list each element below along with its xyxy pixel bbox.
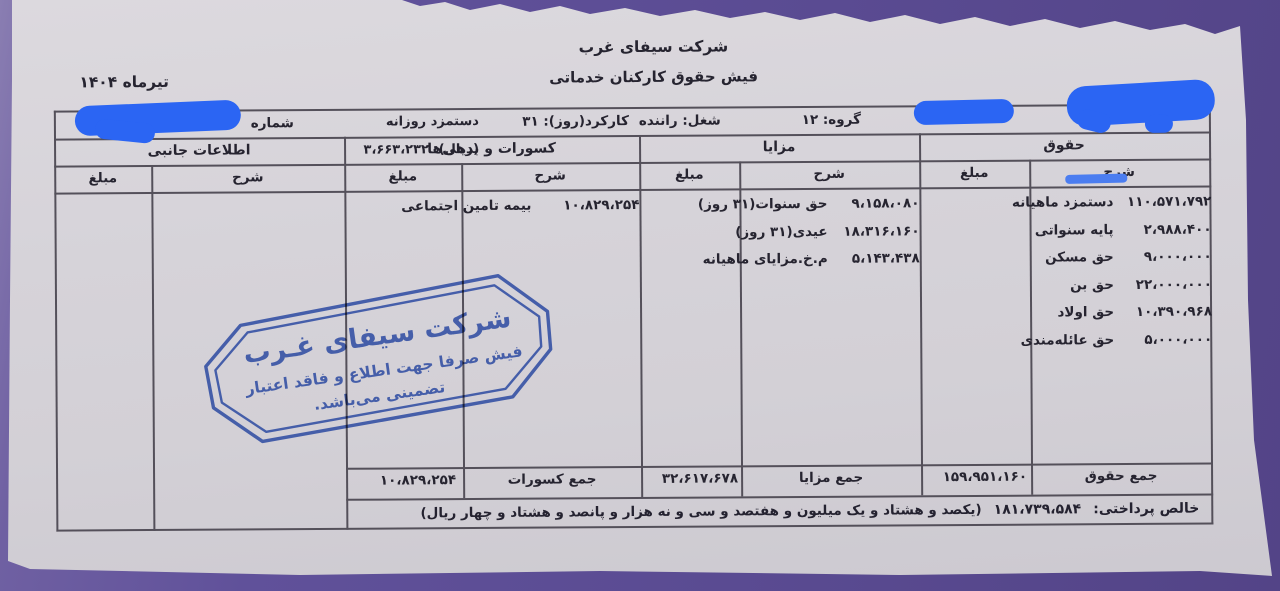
- total-benefits-amount: ۳۲،۶۱۷،۶۷۸: [641, 470, 738, 487]
- net-pay-label: خالص پرداختی:: [1093, 501, 1199, 518]
- col-header-amount-deductions: مبلغ: [344, 168, 461, 185]
- row-amount: ۹،۰۰۰،۰۰۰: [1114, 244, 1212, 272]
- col-header-amount-salary: مبلغ: [919, 165, 1029, 182]
- total-salary-amount: ۱۵۹،۹۵۱،۱۶۰: [921, 469, 1027, 486]
- row-amount: ۱۱۰،۵۷۱،۷۹۲: [1113, 189, 1211, 217]
- row-label: حق مسکن: [938, 244, 1114, 273]
- table-row: ۵،۰۰۰،۰۰۰حق عائله‌مندی: [920, 326, 1212, 355]
- col-header-amount-side-info: مبلغ: [54, 170, 151, 187]
- net-pay-row: خالص پرداختی: ۱۸۱،۷۳۹،۵۸۴ (یکصد و هشتاد …: [346, 495, 1211, 528]
- col-header-desc-deductions: شرح: [461, 167, 639, 184]
- table-row: ۱۰،۳۹۰،۹۶۸حق اولاد: [920, 299, 1212, 328]
- table-line: [151, 165, 155, 531]
- employee-info-row: گروه: ۱۲ شغل: راننده: [639, 106, 861, 135]
- col-header-desc-side-info: شرح: [151, 169, 344, 186]
- table-row: ۵،۱۴۳،۴۳۸م.خ.مزایای ماهیانه: [640, 245, 920, 274]
- salary-rows: ۱۱۰،۵۷۱،۷۹۲دستمزد ماهیانه ۲،۹۸۸،۴۰۰پایه …: [919, 189, 1212, 356]
- row-amount: ۹،۱۵۸،۰۸۰: [827, 190, 919, 218]
- doc-title: فیش حقوق کارکنان خدماتی: [454, 67, 854, 87]
- col-header-desc-benefits: شرح: [739, 165, 919, 182]
- group-label: گروه:: [823, 112, 861, 128]
- row-label: حق بن: [938, 272, 1114, 301]
- row-label: حق عائله‌مندی: [938, 327, 1114, 356]
- redaction-mark: [914, 99, 1015, 125]
- row-label: حق سنوات(۳۱ روز): [657, 191, 827, 220]
- table-row: ۲،۹۸۸،۴۰۰پایه سنواتی: [920, 216, 1212, 245]
- net-pay-amount: ۱۸۱،۷۳۹،۵۸۴: [994, 501, 1082, 518]
- job-label: شغل:: [682, 113, 720, 129]
- row-amount: ۲۲،۰۰۰،۰۰۰: [1114, 271, 1212, 299]
- table-row: ۹،۰۰۰،۰۰۰حق مسکن: [920, 244, 1212, 273]
- total-deductions-label: جمع کسورات: [463, 471, 641, 488]
- job-field: شغل: راننده: [639, 107, 721, 135]
- section-title-side-info: اطلاعات جانبی: [54, 142, 344, 160]
- table-row: ۹،۱۵۸،۰۸۰حق سنوات(۳۱ روز): [639, 190, 919, 219]
- redaction-mark: [1065, 173, 1127, 183]
- total-deductions-amount: ۱۰،۸۲۹،۲۵۴: [346, 472, 456, 489]
- row-amount: ۱۸،۳۱۶،۱۶۰: [828, 218, 920, 246]
- group-field: گروه: ۱۲: [802, 106, 861, 134]
- row-label: پایه سنواتی: [938, 217, 1114, 246]
- row-amount: ۵،۰۰۰،۰۰۰: [1114, 326, 1212, 354]
- daily-wage-field: دستمزد روزانه (ریال): ۳،۶۶۳،۲۳۲: [297, 108, 479, 137]
- section-title-salary: حقوق: [919, 137, 1209, 155]
- section-title-benefits: مزایا: [639, 138, 919, 156]
- benefits-rows: ۹،۱۵۸،۰۸۰حق سنوات(۳۱ روز) ۱۸،۳۱۶،۱۶۰عیدی…: [639, 190, 919, 274]
- net-pay-in-words: (یکصد و هشتاد و یک میلیون و هفتصد و سی و…: [420, 502, 981, 521]
- row-label: م.خ.مزایای ماهیانه: [658, 246, 828, 275]
- row-amount: ۱۰،۳۹۰،۹۶۸: [1114, 299, 1212, 327]
- row-amount: ۵،۱۴۳،۴۳۸: [828, 245, 920, 273]
- deductions-rows: ۱۰،۸۲۹،۲۵۴بیمه تامین اجتماعی: [344, 192, 639, 221]
- table-row: ۱۸،۳۱۶،۱۶۰عیدی(۳۱ روز): [640, 218, 920, 247]
- worked-days-value: ۳۱: [522, 114, 539, 130]
- row-label: حق اولاد: [938, 299, 1114, 328]
- worked-days-field: کارکرد(روز): ۳۱: [484, 107, 629, 136]
- month-label: تیرماه ۱۴۰۴: [57, 73, 192, 92]
- number-label: شماره: [242, 109, 294, 137]
- redaction-mark: [1145, 115, 1173, 133]
- col-header-amount-benefits: مبلغ: [639, 166, 739, 183]
- table-row: ۱۰،۸۲۹،۲۵۴بیمه تامین اجتماعی: [344, 192, 639, 221]
- total-benefits-label: جمع مزایا: [741, 469, 921, 486]
- table-row: ۱۱۰،۵۷۱،۷۹۲دستمزد ماهیانه: [919, 189, 1211, 218]
- row-label: دستمزد ماهیانه: [937, 189, 1113, 218]
- company-name: شرکت سیفای غرب: [453, 37, 853, 57]
- row-amount: ۱۰،۸۲۹،۲۵۴: [531, 192, 639, 220]
- job-value: راننده: [639, 113, 678, 129]
- total-salary-label: جمع حقوق: [1031, 468, 1211, 485]
- section-title-deductions: کسورات و بدهی‌ها: [344, 140, 639, 158]
- row-label: عیدی(۳۱ روز): [658, 218, 828, 247]
- payslip-photo: تیرماه ۱۴۰۴ شرکت سیفای غرب فیش حقوق کارک…: [0, 0, 1280, 591]
- table-row: ۲۲،۰۰۰،۰۰۰حق بن: [920, 271, 1212, 300]
- payslip-content: تیرماه ۱۴۰۴ شرکت سیفای غرب فیش حقوق کارک…: [0, 0, 1280, 591]
- worked-days-label: کارکرد(روز):: [543, 113, 629, 130]
- group-value: ۱۲: [802, 112, 819, 128]
- row-amount: ۲،۹۸۸،۴۰۰: [1113, 216, 1211, 244]
- row-label: بیمه تامین اجتماعی: [361, 193, 531, 222]
